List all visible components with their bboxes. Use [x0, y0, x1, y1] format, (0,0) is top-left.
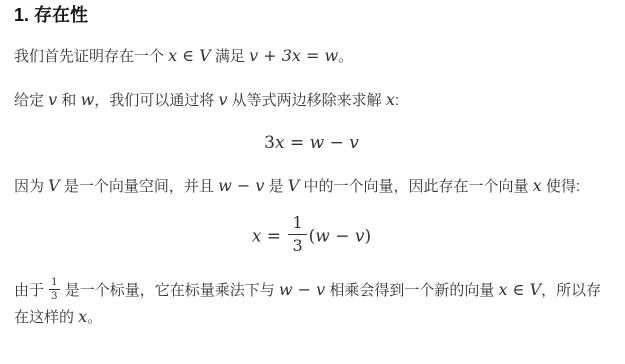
- text-segment: 相乘会得到一个新的向量: [325, 282, 498, 299]
- text-segment: 给定: [14, 92, 48, 109]
- document: 1. 存在性 我们首先证明存在一个 x ∈ V 满足 v + 3x = w。 给…: [0, 0, 625, 331]
- paragraph-4: 由于 13 是一个标量，它在标量乘法下与 w − v 相乘会得到一个新的向量 x…: [14, 277, 609, 331]
- fraction-numerator: 1: [49, 277, 59, 290]
- math-inline: x: [78, 307, 87, 326]
- paragraph-2: 给定 v 和 w，我们可以通过将 v 从等式两边移除来求解 x:: [14, 87, 609, 114]
- math-operator: −: [330, 226, 355, 246]
- math-inline: V: [288, 176, 300, 195]
- text-segment: 是: [264, 178, 287, 195]
- math-inline: v + 3x = w: [249, 46, 338, 65]
- math-inline: w − v: [218, 176, 264, 195]
- fraction: 13: [288, 214, 306, 256]
- math-variable: x: [252, 226, 262, 246]
- math-paren: ): [365, 226, 372, 246]
- math-inline: v: [48, 90, 57, 109]
- text-segment: 使得:: [542, 178, 580, 195]
- fraction-inline: 13: [49, 277, 59, 302]
- math-operator: =: [261, 226, 286, 246]
- math-inline: w − v: [279, 280, 325, 299]
- text-segment: 是一个标量，它在标量乘法下与: [61, 282, 279, 299]
- text-segment: 和: [57, 92, 80, 109]
- text-segment: 从等式两边移除来求解: [227, 92, 385, 109]
- text-segment: 中的一个向量，因此存在一个向量: [299, 178, 532, 195]
- math-variable: x: [275, 133, 285, 153]
- math-inline: x: [386, 90, 395, 109]
- equation-2: x = 13(w − v): [14, 214, 609, 260]
- text-segment: 由于: [14, 282, 48, 299]
- text-segment: :: [395, 92, 399, 109]
- math-inline: V: [48, 176, 60, 195]
- math-operator: −: [324, 133, 349, 153]
- text-segment: 。: [338, 48, 353, 65]
- math-inline: w: [81, 90, 95, 109]
- math-operator: =: [285, 133, 310, 153]
- fraction-numerator: 1: [288, 214, 306, 235]
- text-segment: 因为: [14, 178, 48, 195]
- math-variable: v: [355, 226, 365, 246]
- text-segment: 我们首先证明存在一个: [14, 48, 168, 65]
- math-variable: w: [315, 226, 330, 246]
- math-variable: w: [310, 133, 325, 153]
- fraction-denominator: 3: [49, 290, 59, 302]
- fraction-denominator: 3: [288, 235, 306, 255]
- math-inline: x ∈ V: [168, 46, 211, 65]
- equation-1: 3x = w − v: [14, 130, 609, 156]
- text-segment: 满足: [211, 48, 249, 65]
- paragraph-1: 我们首先证明存在一个 x ∈ V 满足 v + 3x = w。: [14, 43, 609, 70]
- section-heading: 1. 存在性: [14, 4, 609, 26]
- math-inline: x ∈ V: [499, 280, 542, 299]
- text-segment: ，我们可以通过将: [94, 92, 218, 109]
- math-number: 3: [264, 133, 275, 153]
- math-variable: v: [349, 133, 359, 153]
- text-segment: 。: [87, 309, 102, 326]
- text-segment: 是一个向量空间，并且: [60, 178, 218, 195]
- paragraph-3: 因为 V 是一个向量空间，并且 w − v 是 V 中的一个向量，因此存在一个向…: [14, 173, 609, 200]
- math-inline: x: [533, 176, 542, 195]
